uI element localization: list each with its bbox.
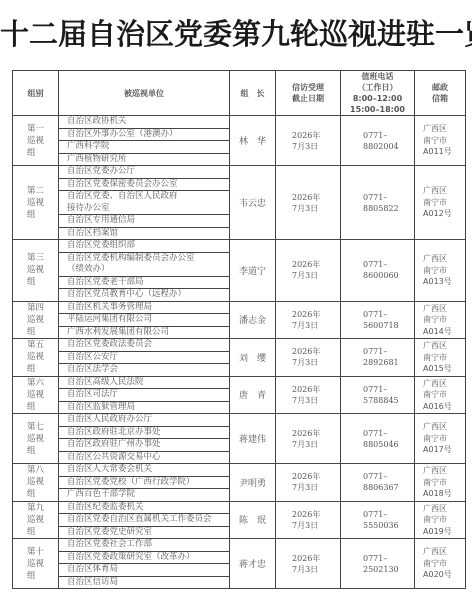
table-row: 第七巡视组自治区人民政府办公厅自治区政府驻北京办事处自治区政府驻广州办事处自治区…: [13, 414, 466, 464]
unit-item: 自治区党委保密委员会办公室: [59, 179, 229, 192]
postal-mailbox: 广西区南宁市A013号: [415, 240, 466, 302]
group-name: 第二巡视组: [13, 166, 59, 240]
duty-phone: 0771–5550036: [341, 501, 415, 539]
header-phone: 值班电话 （工作日） 8:00–12:00 15:00–18:00: [341, 71, 415, 116]
table-row: 第九巡视组自治区纪委监委机关自治区党委自治区直属机关工作委员会自治区党委党史研究…: [13, 501, 466, 539]
unit-item: 自治区党员教育中心（远程办）: [59, 289, 229, 301]
postal-mailbox: 广西区南宁市A015号: [415, 339, 466, 377]
unit-item: 自治区公共资源交易中心: [59, 452, 229, 464]
unit-item: 自治区党委组织部: [59, 240, 229, 253]
duty-phone: 0771–8806367: [341, 464, 415, 502]
group-leader: 潘志金: [230, 301, 276, 339]
group-leader: 刘 缨: [230, 339, 276, 377]
table-row: 第四巡视组自治区机关事务管理局平陆运河集团有限公司广西水利发展集团有限公司潘志金…: [13, 301, 466, 339]
inspected-units: 自治区纪委监委机关自治区党委自治区直属机关工作委员会自治区党委党史研究室: [59, 501, 230, 539]
table-row: 第五巡视组自治区党委政法委员会自治区公安厅自治区法学会刘 缨2026年7月3日0…: [13, 339, 466, 377]
group-leader: 蒋才忠: [230, 539, 276, 589]
unit-item: 自治区党委机构编制委员会办公室 （绩效办）: [59, 253, 229, 277]
deadline-date: 2026年7月3日: [276, 464, 341, 502]
header-group: 组别: [13, 71, 59, 116]
postal-mailbox: 广西区南宁市A018号: [415, 464, 466, 502]
unit-item: 自治区专用通信局: [59, 215, 229, 228]
inspected-units: 自治区人大常委会机关自治区党委党校（广西行政学院）广西百色干部学院: [59, 464, 230, 502]
postal-mailbox: 广西区南宁市A017号: [415, 414, 466, 464]
unit-item: 平陆运河集团有限公司: [59, 314, 229, 327]
group-name: 第八巡视组: [13, 464, 59, 502]
unit-item: 自治区党委党史研究室: [59, 527, 229, 539]
table-row: 第二巡视组自治区党委办公厅自治区党委保密委员会办公室自治区党委、自治区人民政府 …: [13, 166, 466, 240]
duty-phone: 0771–5788845: [341, 376, 415, 414]
inspected-units: 自治区高级人民法院自治区司法厅自治区监狱管理局: [59, 376, 230, 414]
group-name: 第三巡视组: [13, 240, 59, 302]
inspected-units: 自治区党委办公厅自治区党委保密委员会办公室自治区党委、自治区人民政府 接待办公室…: [59, 166, 230, 240]
unit-item: 自治区高级人民法院: [59, 377, 229, 390]
deadline-date: 2026年7月3日: [276, 414, 341, 464]
group-name: 第十巡视组: [13, 539, 59, 589]
unit-item: 自治区人民政府办公厅: [59, 414, 229, 427]
unit-item: 自治区外事办公室（港澳办）: [59, 129, 229, 142]
group-name: 第四巡视组: [13, 301, 59, 339]
group-leader: 陈 珉: [230, 501, 276, 539]
unit-item: 广西水利发展集团有限公司: [59, 327, 229, 339]
group-leader: 李道宁: [230, 240, 276, 302]
unit-item: 自治区政府驻北京办事处: [59, 427, 229, 440]
header-mailbox: 邮政 信箱: [415, 71, 466, 116]
unit-item: 自治区政协机关: [59, 116, 229, 129]
postal-mailbox: 广西区南宁市A014号: [415, 301, 466, 339]
duty-phone: 0771–8805822: [341, 166, 415, 240]
inspection-table: 组别 被巡视单位 组 长 信访受理 截止日期 值班电话 （工作日） 8:00–1…: [12, 70, 466, 589]
group-leader: 尹明勇: [230, 464, 276, 502]
unit-item: 自治区党委办公厅: [59, 166, 229, 179]
inspected-units: 自治区党委政法委员会自治区公安厅自治区法学会: [59, 339, 230, 377]
unit-item: 自治区监狱管理局: [59, 402, 229, 414]
duty-phone: 0771–8802004: [341, 116, 415, 166]
unit-item: 自治区党委政法委员会: [59, 339, 229, 352]
group-name: 第九巡视组: [13, 501, 59, 539]
unit-item: 自治区公安厅: [59, 352, 229, 365]
unit-item: 自治区党委党校（广西行政学院）: [59, 477, 229, 490]
group-leader: 林 华: [230, 116, 276, 166]
group-name: 第五巡视组: [13, 339, 59, 377]
duty-phone: 0771–5600718: [341, 301, 415, 339]
group-leader: 蒋建伟: [230, 414, 276, 464]
header-leader: 组 长: [230, 71, 276, 116]
header-units: 被巡视单位: [59, 71, 230, 116]
unit-item: 自治区司法厅: [59, 389, 229, 402]
deadline-date: 2026年7月3日: [276, 376, 341, 414]
deadline-date: 2026年7月3日: [276, 539, 341, 589]
group-name: 第六巡视组: [13, 376, 59, 414]
inspected-units: 自治区人民政府办公厅自治区政府驻北京办事处自治区政府驻广州办事处自治区公共资源交…: [59, 414, 230, 464]
unit-item: 广西植物研究所: [59, 154, 229, 166]
duty-phone: 0771–2502130: [341, 539, 415, 589]
table-row: 第三巡视组自治区党委组织部自治区党委机构编制委员会办公室 （绩效办）自治区党委老…: [13, 240, 466, 302]
group-name: 第七巡视组: [13, 414, 59, 464]
deadline-date: 2026年7月3日: [276, 116, 341, 166]
inspected-units: 自治区机关事务管理局平陆运河集团有限公司广西水利发展集团有限公司: [59, 301, 230, 339]
deadline-date: 2026年7月3日: [276, 339, 341, 377]
unit-item: 自治区党委政策研究室（改革办）: [59, 552, 229, 565]
inspected-units: 自治区党委社会工作部自治区党委政策研究室（改革办）自治区体育局自治区信访局: [59, 539, 230, 589]
table-row: 第十巡视组自治区党委社会工作部自治区党委政策研究室（改革办）自治区体育局自治区信…: [13, 539, 466, 589]
header-deadline: 信访受理 截止日期: [276, 71, 341, 116]
table-row: 第八巡视组自治区人大常委会机关自治区党委党校（广西行政学院）广西百色干部学院尹明…: [13, 464, 466, 502]
postal-mailbox: 广西区南宁市A016号: [415, 376, 466, 414]
unit-item: 自治区党委、自治区人民政府 接待办公室: [59, 191, 229, 215]
duty-phone: 0771–2892681: [341, 339, 415, 377]
postal-mailbox: 广西区南宁市A012号: [415, 166, 466, 240]
group-leader: 韦云忠: [230, 166, 276, 240]
postal-mailbox: 广西区南宁市A019号: [415, 501, 466, 539]
table-row: 第一巡视组自治区政协机关自治区外事办公室（港澳办）广西科学院广西植物研究所林 华…: [13, 116, 466, 166]
deadline-date: 2026年7月3日: [276, 501, 341, 539]
unit-item: 自治区政府驻广州办事处: [59, 439, 229, 452]
deadline-date: 2026年7月3日: [276, 240, 341, 302]
unit-item: 自治区信访局: [59, 577, 229, 589]
group-leader: 唐 青: [230, 376, 276, 414]
table-row: 第六巡视组自治区高级人民法院自治区司法厅自治区监狱管理局唐 青2026年7月3日…: [13, 376, 466, 414]
inspected-units: 自治区政协机关自治区外事办公室（港澳办）广西科学院广西植物研究所: [59, 116, 230, 166]
unit-item: 广西科学院: [59, 141, 229, 154]
postal-mailbox: 广西区南宁市A020号: [415, 539, 466, 589]
page-title: 十二届自治区党委第九轮巡视进驻一览表: [0, 12, 472, 53]
group-name: 第一巡视组: [13, 116, 59, 166]
unit-item: 自治区档案馆: [59, 228, 229, 240]
unit-item: 自治区党委社会工作部: [59, 539, 229, 552]
deadline-date: 2026年7月3日: [276, 166, 341, 240]
unit-item: 自治区人大常委会机关: [59, 464, 229, 477]
postal-mailbox: 广西区南宁市A011号: [415, 116, 466, 166]
duty-phone: 0771–8805046: [341, 414, 415, 464]
unit-item: 自治区党委老干部局: [59, 277, 229, 290]
table-header-row: 组别 被巡视单位 组 长 信访受理 截止日期 值班电话 （工作日） 8:00–1…: [13, 71, 466, 116]
duty-phone: 0771–8600060: [341, 240, 415, 302]
unit-item: 自治区纪委监委机关: [59, 502, 229, 515]
inspected-units: 自治区党委组织部自治区党委机构编制委员会办公室 （绩效办）自治区党委老干部局自治…: [59, 240, 230, 302]
unit-item: 自治区体育局: [59, 564, 229, 577]
unit-item: 自治区法学会: [59, 364, 229, 376]
unit-item: 自治区机关事务管理局: [59, 302, 229, 315]
unit-item: 自治区党委自治区直属机关工作委员会: [59, 514, 229, 527]
deadline-date: 2026年7月3日: [276, 301, 341, 339]
unit-item: 广西百色干部学院: [59, 489, 229, 501]
